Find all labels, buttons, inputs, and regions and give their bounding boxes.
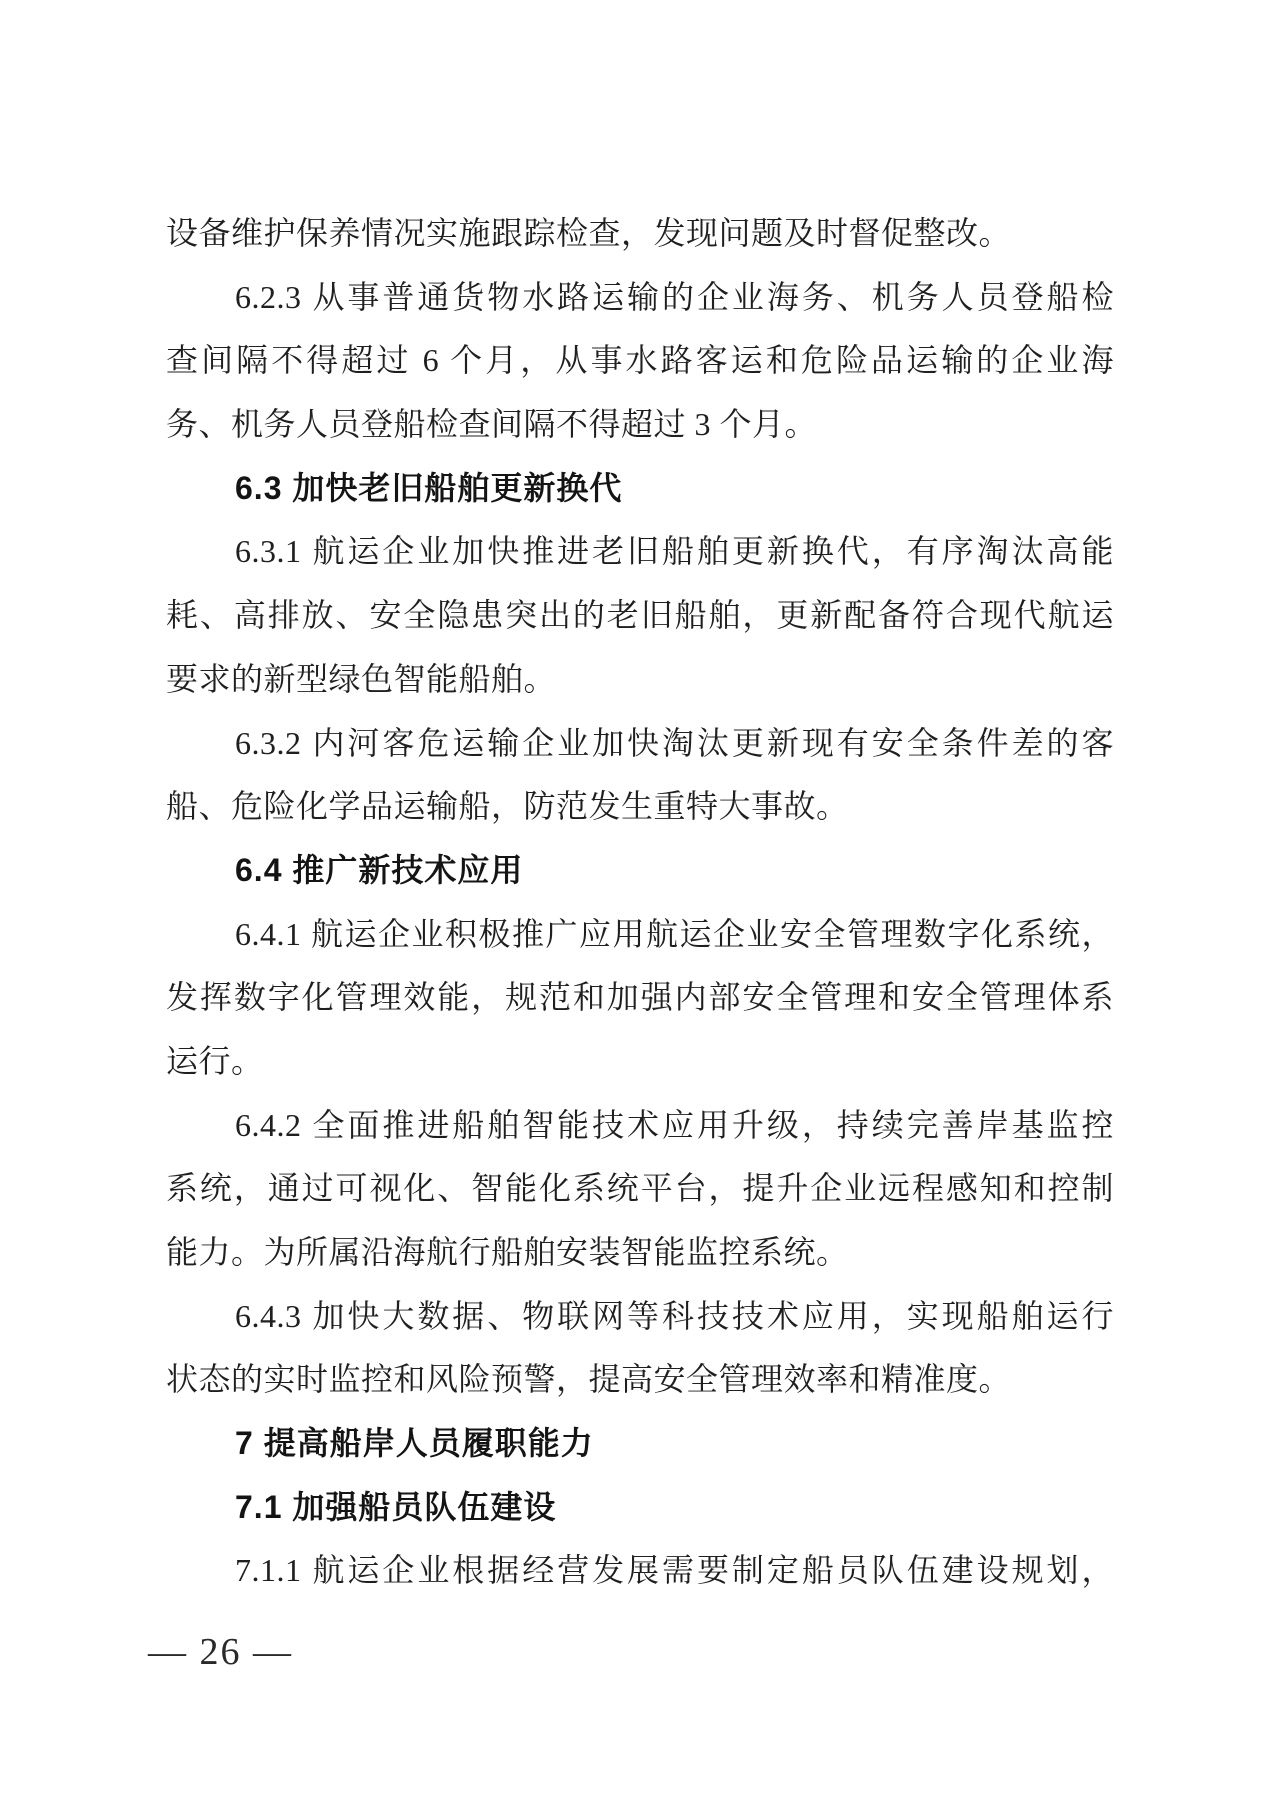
paragraph-line: 6.3.1 航运企业加快推进老旧船舶更新换代，有序淘汰高能 [166, 520, 1114, 584]
paragraph-line: 状态的实时监控和风险预警，提高安全管理效率和精准度。 [166, 1348, 1114, 1412]
document-page: 设备维护保养情况实施跟踪检查，发现问题及时督促整改。 6.2.3 从事普通货物水… [0, 0, 1280, 1810]
paragraph-line: 能力。为所属沿海航行船舶安装智能监控系统。 [166, 1221, 1114, 1285]
paragraph-line: 6.4.2 全面推进船舶智能技术应用升级，持续完善岸基监控 [166, 1094, 1114, 1158]
page-number: — 26 — [148, 1628, 293, 1676]
paragraph-line: 6.3.2 内河客危运输企业加快淘汰更新现有安全条件差的客 [166, 712, 1114, 776]
paragraph-line: 船、危险化学品运输船，防范发生重特大事故。 [166, 775, 1114, 839]
section-heading: 6.4 推广新技术应用 [166, 839, 1114, 903]
paragraph-line: 6.4.3 加快大数据、物联网等科技技术应用，实现船舶运行 [166, 1285, 1114, 1349]
chapter-heading: 7 提高船岸人员履职能力 [166, 1412, 1114, 1476]
paragraph-line: 6.2.3 从事普通货物水路运输的企业海务、机务人员登船检 [166, 266, 1114, 330]
text-body: 设备维护保养情况实施跟踪检查，发现问题及时督促整改。 6.2.3 从事普通货物水… [166, 202, 1114, 1603]
paragraph-line: 耗、高排放、安全隐患突出的老旧船舶，更新配备符合现代航运 [166, 584, 1114, 648]
paragraph-line: 系统，通过可视化、智能化系统平台，提升企业远程感知和控制 [166, 1157, 1114, 1221]
section-heading: 7.1 加强船员队伍建设 [166, 1476, 1114, 1540]
paragraph-line: 设备维护保养情况实施跟踪检查，发现问题及时督促整改。 [166, 202, 1114, 266]
paragraph-line: 务、机务人员登船检查间隔不得超过 3 个月。 [166, 393, 1114, 457]
paragraph-line: 查间隔不得超过 6 个月，从事水路客运和危险品运输的企业海 [166, 329, 1114, 393]
section-heading: 6.3 加快老旧船舶更新换代 [166, 457, 1114, 521]
paragraph-line: 7.1.1 航运企业根据经营发展需要制定船员队伍建设规划， [166, 1539, 1114, 1603]
paragraph-line: 运行。 [166, 1030, 1114, 1094]
paragraph-line: 发挥数字化管理效能，规范和加强内部安全管理和安全管理体系 [166, 966, 1114, 1030]
paragraph-line: 要求的新型绿色智能船舶。 [166, 648, 1114, 712]
paragraph-line: 6.4.1 航运企业积极推广应用航运企业安全管理数字化系统， [166, 903, 1114, 967]
